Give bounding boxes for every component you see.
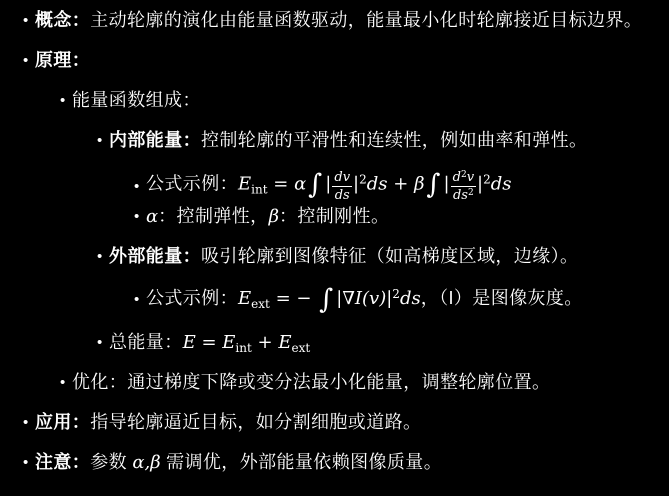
- list-item-text: 应用：指导轮廓逼近目标，如分割细胞或道路。: [35, 412, 421, 433]
- list-item: •公式示例：Eint = α∫|dvds|2ds + β∫|d2vds2|2ds: [0, 170, 669, 204]
- math-subscript: int: [251, 182, 267, 196]
- math-italic: |∇I(v)|: [336, 288, 392, 309]
- text-run: 能量函数组成：: [72, 90, 201, 110]
- bullet-icon: •: [134, 209, 146, 224]
- list-item-text: 原理：: [35, 50, 90, 71]
- bullet-icon: •: [97, 133, 109, 148]
- math-italic: =: [268, 173, 295, 194]
- label-text: 原理：: [35, 50, 90, 70]
- math-subscript: int: [235, 341, 251, 355]
- math-superscript: 2: [483, 172, 491, 186]
- math-italic: α: [294, 173, 306, 194]
- text-run: 主动轮廓的演化由能量函数驱动，能量最小化时轮廓接近目标边界。: [90, 10, 642, 30]
- text-run: 需调优，外部能量依赖图像质量。: [161, 452, 442, 472]
- math-italic: |: [444, 173, 450, 194]
- math-italic: α: [146, 206, 158, 227]
- math-italic: E: [183, 332, 196, 353]
- math-italic: = −: [270, 288, 317, 309]
- label-text: 内部能量：: [109, 130, 201, 150]
- bullet-icon: •: [97, 335, 109, 350]
- math-italic: α,β: [132, 452, 160, 473]
- math-italic: =: [196, 332, 223, 353]
- list-item-text: 优化：通过梯度下降或变分法最小化能量，调整轮廓位置。: [72, 372, 550, 393]
- text-run: ，（I）是图像灰度。: [421, 288, 583, 308]
- list-item-text: 公式示例：Eint = α∫|dvds|2ds + β∫|d2vds2|2ds: [146, 170, 512, 204]
- list-item-text: α：控制弹性，β：控制刚性。: [146, 206, 389, 227]
- list-item: •原理：: [0, 50, 669, 71]
- list-item: •总能量：E = Eint + Eext: [0, 332, 669, 353]
- bullet-icon: •: [23, 415, 35, 430]
- math-italic: dv: [334, 170, 350, 185]
- math-subscript: ext: [251, 297, 270, 311]
- math-italic: ds: [453, 188, 468, 203]
- math-italic: +: [388, 173, 415, 194]
- math-subscript: ext: [291, 341, 310, 355]
- math-italic: d: [453, 170, 461, 185]
- text-run: 控制轮廓的平滑性和连续性，例如曲率和弹性。: [201, 130, 587, 150]
- integral-icon: ∫: [317, 284, 336, 315]
- math-italic: E: [238, 288, 251, 309]
- text-run: 总能量：: [109, 332, 183, 352]
- list-item: •概念：主动轮廓的演化由能量函数驱动，能量最小化时轮廓接近目标边界。: [0, 10, 669, 31]
- math-italic: E: [238, 173, 251, 194]
- text-run: 公式示例：: [146, 173, 238, 193]
- fraction-denominator: ds2: [451, 187, 476, 203]
- list-item: •注意：参数 α,β 需调优，外部能量依赖图像质量。: [0, 452, 669, 473]
- bullet-icon: •: [97, 249, 109, 264]
- math-italic: +: [252, 332, 279, 353]
- page: { "page": { "background_color": "#000000…: [0, 0, 669, 496]
- math-italic: ds: [367, 173, 388, 194]
- text-run: 公式示例：: [146, 288, 238, 308]
- list-item: •α：控制弹性，β：控制刚性。: [0, 206, 669, 227]
- text-run: ：控制弹性，: [158, 206, 268, 226]
- bullet-icon: •: [134, 179, 146, 194]
- bullet-icon: •: [134, 292, 146, 307]
- math-superscript: 2: [468, 188, 474, 198]
- integral-icon: ∫: [424, 169, 443, 200]
- math-italic: ds: [400, 288, 421, 309]
- math-fraction: d2vds2: [451, 170, 476, 204]
- math-superscript: 2: [359, 172, 367, 186]
- label-text: 外部能量：: [109, 246, 201, 266]
- bullet-icon: •: [60, 93, 72, 108]
- list-item: •公式示例：Eext = − ∫|∇I(v)|2ds，（I）是图像灰度。: [0, 286, 669, 313]
- text-run: 优化：通过梯度下降或变分法最小化能量，调整轮廓位置。: [72, 372, 550, 392]
- list-item-text: 概念：主动轮廓的演化由能量函数驱动，能量最小化时轮廓接近目标边界。: [35, 10, 642, 31]
- text-run: 指导轮廓逼近目标，如分割细胞或道路。: [90, 412, 421, 432]
- bullet-icon: •: [23, 455, 35, 470]
- math-fraction: dvds: [332, 170, 352, 204]
- bullet-icon: •: [23, 53, 35, 68]
- math-italic: β: [414, 173, 424, 194]
- integral-icon: ∫: [306, 169, 325, 200]
- math-superscript: 2: [392, 287, 400, 301]
- list-item-text: 外部能量：吸引轮廓到图像特征（如高梯度区域，边缘）。: [109, 246, 578, 267]
- list-item-text: 能量函数组成：: [72, 90, 201, 111]
- fraction-numerator: d2v: [451, 170, 476, 187]
- list-item-text: 内部能量：控制轮廓的平滑性和连续性，例如曲率和弹性。: [109, 130, 587, 151]
- text-run: ：控制刚性。: [279, 206, 389, 226]
- label-text: 注意：: [35, 452, 90, 472]
- list-item-text: 注意：参数 α,β 需调优，外部能量依赖图像质量。: [35, 452, 442, 473]
- math-italic: ds: [335, 188, 350, 203]
- fraction-numerator: dv: [332, 170, 352, 187]
- math-italic: E: [222, 332, 235, 353]
- math-italic: β: [269, 206, 279, 227]
- list-item: •能量函数组成：: [0, 90, 669, 111]
- list-item: •外部能量：吸引轮廓到图像特征（如高梯度区域，边缘）。: [0, 246, 669, 267]
- math-italic: |: [325, 173, 331, 194]
- math-italic: ds: [491, 173, 512, 194]
- document-body: •概念：主动轮廓的演化由能量函数驱动，能量最小化时轮廓接近目标边界。•原理：•能…: [0, 0, 669, 496]
- bullet-icon: •: [23, 13, 35, 28]
- bullet-icon: •: [60, 375, 72, 390]
- math-italic: E: [278, 332, 291, 353]
- list-item: •内部能量：控制轮廓的平滑性和连续性，例如曲率和弹性。: [0, 130, 669, 151]
- text-run: 参数: [90, 452, 132, 472]
- label-text: 应用：: [35, 412, 90, 432]
- text-run: 吸引轮廓到图像特征（如高梯度区域，边缘）。: [201, 246, 578, 266]
- list-item: •应用：指导轮廓逼近目标，如分割细胞或道路。: [0, 412, 669, 433]
- list-item: •优化：通过梯度下降或变分法最小化能量，调整轮廓位置。: [0, 372, 669, 393]
- label-text: 概念：: [35, 10, 90, 30]
- fraction-denominator: ds: [332, 187, 352, 203]
- list-item-text: 公式示例：Eext = − ∫|∇I(v)|2ds，（I）是图像灰度。: [146, 286, 583, 313]
- math-italic: v: [467, 170, 474, 185]
- list-item-text: 总能量：E = Eint + Eext: [109, 332, 310, 353]
